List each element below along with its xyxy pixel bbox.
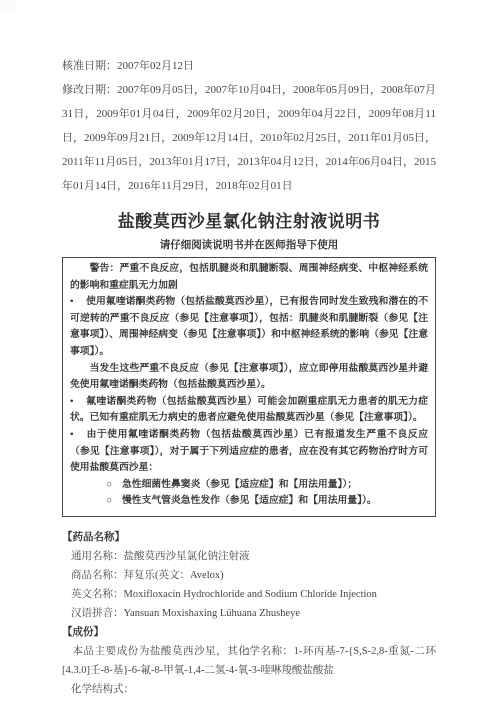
composition-section: 【成份】 本品主要成份为盐酸莫西沙星，其化学名称：1-环丙基-7-{S,S-2,… <box>62 623 436 699</box>
revision-dates-paragraph: 修改日期：2007年09月05日，2007年10月04日，2008年05月09日… <box>62 78 436 198</box>
circle-bullet-icon: ○ <box>106 477 122 494</box>
revision-dates: 2007年09月05日，2007年10月04日，2008年05月09日，2008… <box>62 84 436 192</box>
bullet-icon: • <box>70 294 86 311</box>
drug-name-section: 【药品名称】 通用名称：盐酸莫西沙星氯化钠注射液 商品名称：拜复乐(英文：Ave… <box>62 528 436 623</box>
usage-notice: 请仔细阅读说明书并在医师指导下使用 <box>62 237 436 252</box>
pinyin-name-value: Yansuan Moxishaxing Lühuana Zhusheye <box>124 608 301 619</box>
english-name-value: Moxifloxacin Hydrochloride and Sodium Ch… <box>124 589 377 600</box>
page-number: 1 <box>0 647 496 658</box>
chemical-structure-label: 化学结构式： <box>62 680 436 699</box>
warning-bullet-3-text: 由于使用氟喹诺酮类药物（包括盐酸莫西沙星）已有报道发生严重不良反应（参见【注意事… <box>70 429 428 473</box>
bullet-icon: • <box>70 427 86 444</box>
warning-bullet-2: •氟喹诺酮类药物（包括盐酸莫西沙星）可能会加剧重症肌无力患者的肌无力症状。已知有… <box>70 394 428 427</box>
warning-sub-bullet-1: ○急性细菌性鼻窦炎（参见【适应症】和【用法用量】）； <box>70 477 428 494</box>
warning-sub-bullet-2: ○慢性支气管炎急性发作（参见【适应症】和【用法用量】）。 <box>70 493 428 510</box>
brand-name-value: 拜复乐(英文：Avelox) <box>124 570 224 581</box>
english-name-line: 英文名称：Moxifloxacin Hydrochloride and Sodi… <box>62 585 436 604</box>
approval-date-label: 核准日期： <box>62 60 117 72</box>
bullet-icon: • <box>70 394 86 411</box>
circle-bullet-icon: ○ <box>106 493 122 510</box>
composition-section-header: 【成份】 <box>62 623 436 642</box>
document-title: 盐酸莫西沙星氯化钠注射液说明书 <box>62 207 436 232</box>
brand-name-label: 商品名称： <box>71 570 124 581</box>
approval-date-line: 核准日期：2007年02月12日 <box>62 54 436 78</box>
generic-name-value: 盐酸莫西沙星氯化钠注射液 <box>124 551 250 562</box>
generic-name-label: 通用名称： <box>71 551 124 562</box>
english-name-label: 英文名称： <box>71 589 124 600</box>
warning-bullet-1-note: 当发生这些严重不良反应（参见【注意事项】），应立即停用盐酸莫西沙星并避免使用氟喹… <box>70 361 428 394</box>
revision-date-label: 修改日期： <box>62 84 117 96</box>
drug-name-section-header: 【药品名称】 <box>62 528 436 547</box>
warning-sub-bullet-2-text: 慢性支气管炎急性发作（参见【适应症】和【用法用量】）。 <box>122 495 377 506</box>
pinyin-name-label: 汉语拼音： <box>71 608 124 619</box>
warning-heading: 警告：严重不良反应，包括肌腱炎和肌腱断裂、周围神经病变、中枢神经系统的影响和重症… <box>70 261 428 294</box>
approval-date-value: 2007年02月12日 <box>117 60 194 72</box>
warning-bullet-3: •由于使用氟喹诺酮类药物（包括盐酸莫西沙星）已有报道发生严重不良反应（参见【注意… <box>70 427 428 477</box>
warning-bullet-2-text: 氟喹诺酮类药物（包括盐酸莫西沙星）可能会加剧重症肌无力患者的肌无力症状。已知有重… <box>70 396 428 424</box>
brand-name-line: 商品名称：拜复乐(英文：Avelox) <box>62 566 436 585</box>
warning-bullet-1-text: 使用氟喹诺酮类药物（包括盐酸莫西沙星），已有报告同时发生致残和潜在的不可逆转的严… <box>70 296 428 357</box>
pinyin-name-line: 汉语拼音：Yansuan Moxishaxing Lühuana Zhushey… <box>62 604 436 623</box>
boxed-warning: 警告：严重不良反应，包括肌腱炎和肌腱断裂、周围神经病变、中枢神经系统的影响和重症… <box>62 257 436 517</box>
generic-name-line: 通用名称：盐酸莫西沙星氯化钠注射液 <box>62 547 436 566</box>
drug-insert-page: 核准日期：2007年02月12日 修改日期：2007年09月05日，2007年1… <box>0 0 496 702</box>
warning-sub-bullet-1-text: 急性细菌性鼻窦炎（参见【适应症】和【用法用量】）； <box>122 479 357 490</box>
warning-bullet-1: •使用氟喹诺酮类药物（包括盐酸莫西沙星），已有报告同时发生致残和潜在的不可逆转的… <box>70 294 428 360</box>
scan-artifact-square <box>0 0 16 12</box>
